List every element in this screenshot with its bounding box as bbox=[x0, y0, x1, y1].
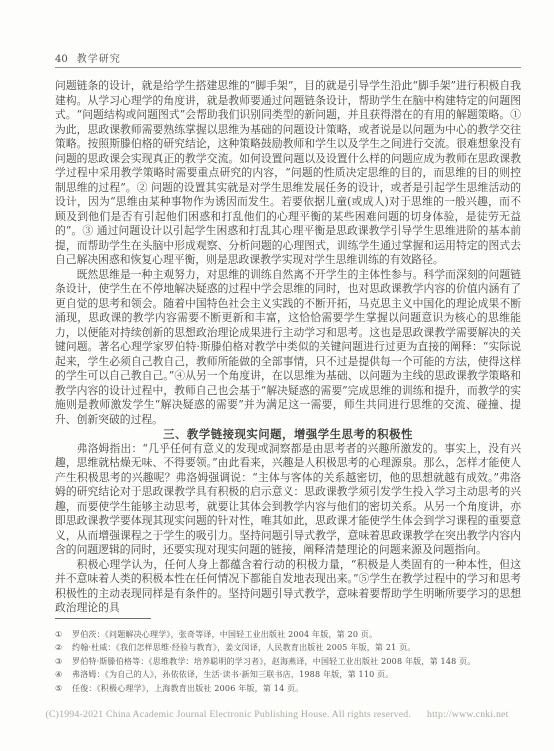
footnote-2-marker: ② bbox=[55, 641, 72, 654]
body-paragraph-2: 既然思维是一种主观努力，对思维的训练自然离不开学生的主体性参与。科学而深刻的问题… bbox=[55, 268, 521, 428]
body-paragraph-4: 积极心理学认为，任何人身上都蕴含着行动的积极力量，“积极是人类固有的一种本性，但… bbox=[55, 558, 521, 616]
header-rule bbox=[55, 67, 521, 68]
footnote-1-text: 罗伯茨：《问题解决心理学》，张奇等译，中国轻工业出版社 2004 年版，第 20… bbox=[72, 628, 521, 641]
footnote-4-text: 弗洛姆：《为自己的人》，孙依依译，生活·读书·新知三联书店，1988 年版，第 … bbox=[72, 668, 521, 681]
journal-section-title: 教学研究 bbox=[77, 54, 121, 65]
footnote-2-text: 约翰·杜威：《我们怎样思维·经验与教育》，姜文闵译，人民教育出版社 2005 年… bbox=[72, 641, 521, 654]
journal-page-scan: 40教学研究 问题链条的设计，就是给学生搭建思维的“脚手架”，目的就是引导学生沿… bbox=[0, 0, 554, 751]
footnote-1-marker: ① bbox=[55, 628, 72, 641]
footnote-divider bbox=[55, 618, 151, 619]
footnote-5: ⑤ 任俊：《积极心理学》，上海教育出版社 2006 年版，第 14 页。 bbox=[55, 682, 521, 695]
page-number: 40 bbox=[55, 54, 68, 65]
cnki-watermark: (C)1994-2021 China Academic Journal Elec… bbox=[0, 709, 554, 720]
cnki-url: http://www.cnki.net bbox=[427, 709, 509, 720]
footnote-3-marker: ③ bbox=[55, 655, 72, 668]
footnote-1: ① 罗伯茨：《问题解决心理学》，张奇等译，中国轻工业出版社 2004 年版，第 … bbox=[55, 628, 521, 641]
running-head: 40教学研究 bbox=[55, 50, 521, 65]
footnote-3: ③ 罗伯特·斯滕伯格等：《思维教学：培养聪明的学习者》，赵海燕译，中国轻工业出版… bbox=[55, 655, 521, 668]
footnote-3-text: 罗伯特·斯滕伯格等：《思维教学：培养聪明的学习者》，赵海燕译，中国轻工业出版社 … bbox=[72, 655, 521, 668]
footnote-5-text: 任俊：《积极心理学》，上海教育出版社 2006 年版，第 14 页。 bbox=[72, 682, 521, 695]
copyright-text: (C)1994-2021 China Academic Journal Elec… bbox=[45, 709, 411, 720]
body-paragraph-1: 问题链条的设计，就是给学生搭建思维的“脚手架”，目的就是引导学生沿此“脚手架”进… bbox=[55, 79, 521, 268]
body-paragraph-3: 弗洛姆指出：“几乎任何有意义的发现或洞察都是由思考者的兴趣所激发的。事实上，没有… bbox=[55, 442, 521, 558]
section-heading: 三、教学链接现实问题，增强学生思考的积极性 bbox=[55, 427, 521, 442]
footnote-4-marker: ④ bbox=[55, 668, 72, 681]
footnote-2: ② 约翰·杜威：《我们怎样思维·经验与教育》，姜文闵译，人民教育出版社 2005… bbox=[55, 641, 521, 654]
footnote-5-marker: ⑤ bbox=[55, 682, 72, 695]
article-body: 问题链条的设计，就是给学生搭建思维的“脚手架”，目的就是引导学生沿此“脚手架”进… bbox=[55, 79, 521, 616]
footnote-4: ④ 弗洛姆：《为自己的人》，孙依依译，生活·读书·新知三联书店，1988 年版，… bbox=[55, 668, 521, 681]
footnotes-block: ① 罗伯茨：《问题解决心理学》，张奇等译，中国轻工业出版社 2004 年版，第 … bbox=[55, 618, 521, 695]
